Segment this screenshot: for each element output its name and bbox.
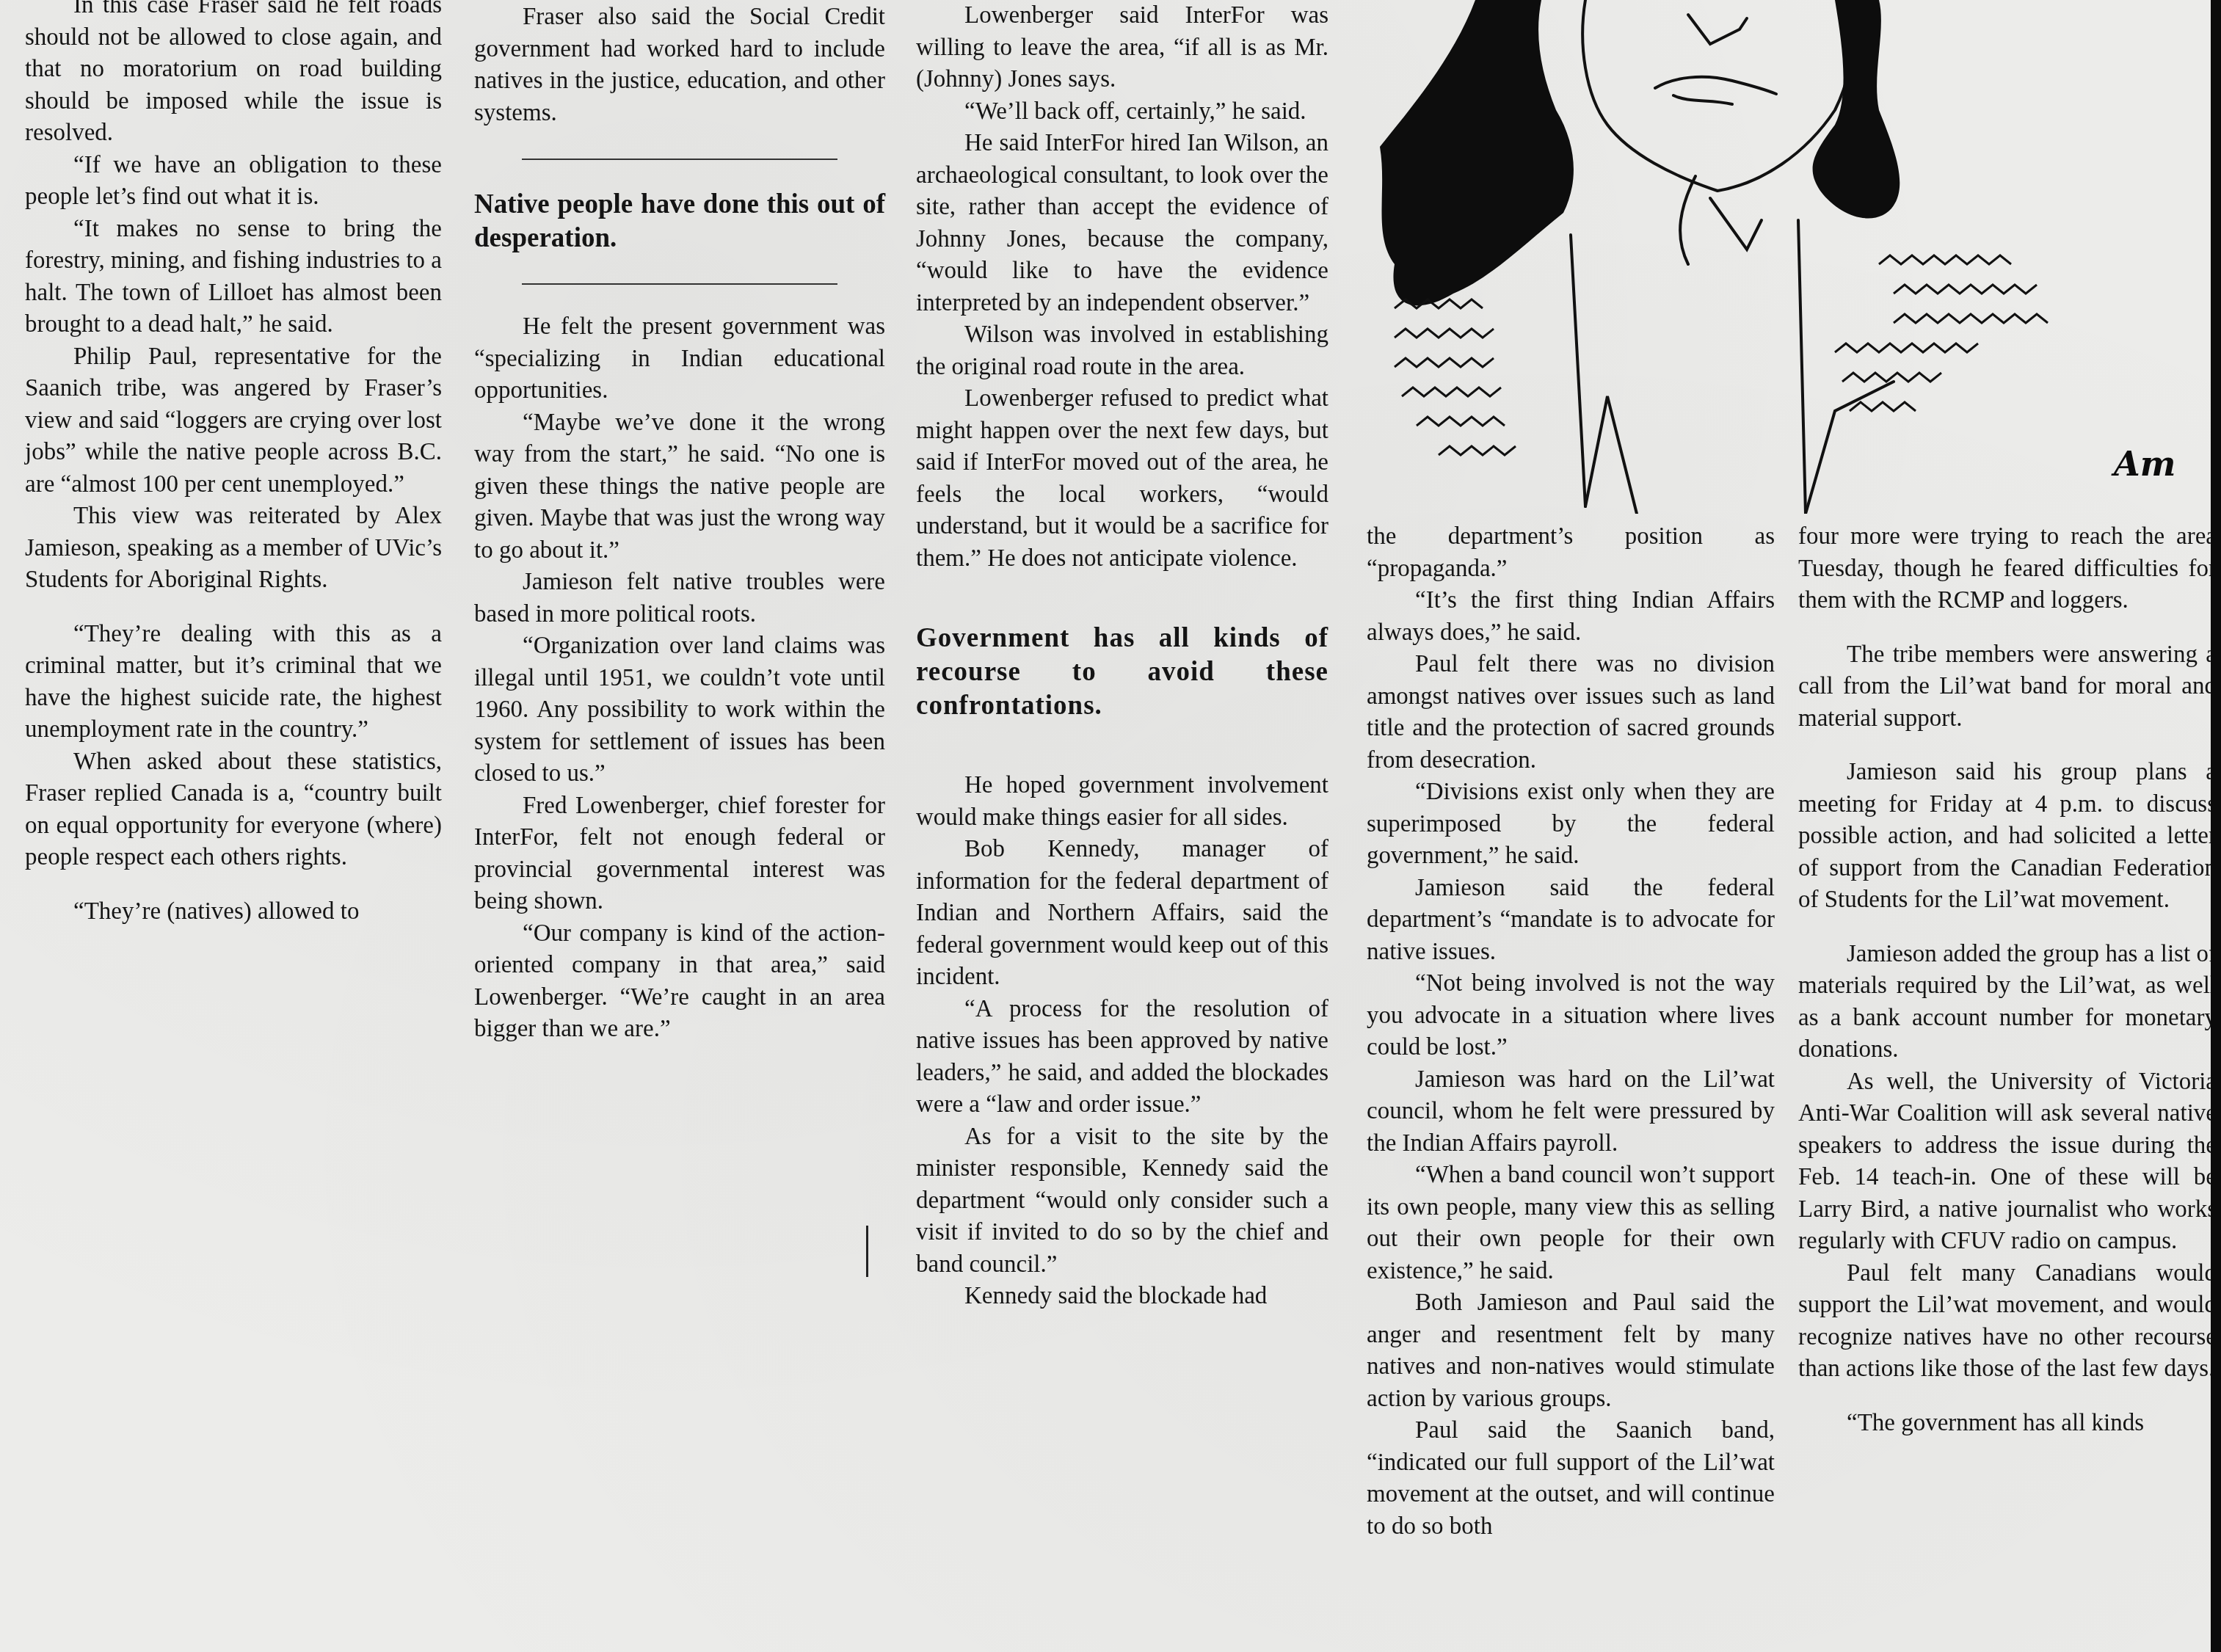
paragraph: When asked about these statistics, Frase… bbox=[25, 746, 442, 874]
paragraph: “Divisions exist only when they are supe… bbox=[1367, 776, 1775, 873]
paragraph: four more were trying to reach the area … bbox=[1798, 521, 2217, 617]
paragraph: “When a band council won’t support its o… bbox=[1367, 1160, 1775, 1287]
paragraph: Philip Paul, representative for the Saan… bbox=[25, 341, 442, 501]
paragraph: “It’s the first thing Indian Affairs alw… bbox=[1367, 585, 1775, 649]
paragraph: Fraser also said the Social Credit gover… bbox=[474, 1, 885, 129]
paragraph: The tribe members were answering a call … bbox=[1798, 639, 2217, 735]
paragraph: “They’re (natives) allowed to bbox=[25, 896, 442, 928]
print-mark bbox=[866, 1226, 868, 1277]
paragraph: “The government has all kinds bbox=[1798, 1408, 2217, 1440]
paragraph: “Our company is kind of the action-orien… bbox=[474, 918, 885, 1046]
paragraph: “Not being involved is not the way you a… bbox=[1367, 968, 1775, 1064]
paragraph: Wilson was involved in establishing the … bbox=[916, 319, 1328, 383]
paragraph: Jamieson added the group has a list of m… bbox=[1798, 939, 2217, 1066]
paragraph: Bob Kennedy, manager of information for … bbox=[916, 834, 1328, 994]
paragraph: Jamieson was hard on the Lil’wat council… bbox=[1367, 1064, 1775, 1160]
article-column-4: the department’s position as “propaganda… bbox=[1367, 521, 1775, 1543]
paragraph: “If we have an obligation to these peopl… bbox=[25, 150, 442, 214]
paragraph: Paul felt many Canadians would support t… bbox=[1798, 1258, 2217, 1386]
paragraph: He felt the present government was “spec… bbox=[474, 311, 885, 407]
paragraph: Jamieson said his group plans a meeting … bbox=[1798, 757, 2217, 917]
paragraph: Paul felt there was no division amongst … bbox=[1367, 649, 1775, 776]
paragraph: He hoped government involvement would ma… bbox=[916, 770, 1328, 834]
paragraph: Paul said the Saanich band, “indicated o… bbox=[1367, 1415, 1775, 1543]
paragraph: Jamieson felt native troubles were based… bbox=[474, 567, 885, 630]
paragraph: Fred Lowenberger, chief forester for Int… bbox=[474, 790, 885, 918]
divider-rule bbox=[522, 283, 837, 285]
paragraph: As well, the University of Victoria Anti… bbox=[1798, 1066, 2217, 1258]
article-column-3: Lowenberger said InterFor was willing to… bbox=[916, 0, 1328, 1313]
newspaper-page: In this case Fraser said he felt roads s… bbox=[0, 0, 2221, 1652]
article-column-2: Fraser also said the Social Credit gover… bbox=[474, 1, 885, 1046]
paragraph: “It makes no sense to bring the forestry… bbox=[25, 214, 442, 341]
divider-rule bbox=[522, 159, 837, 160]
paragraph: As for a visit to the site by the minist… bbox=[916, 1121, 1328, 1281]
paragraph: the department’s position as “propaganda… bbox=[1367, 521, 1775, 585]
paragraph: “They’re dealing with this as a criminal… bbox=[25, 619, 442, 746]
paragraph: This view was reiterated by Alex Jamieso… bbox=[25, 501, 442, 597]
paragraph: He said InterFor hired Ian Wilson, an ar… bbox=[916, 128, 1328, 319]
paragraph: “We’ll back off, certainly,” he said. bbox=[916, 96, 1328, 128]
paragraph: Kennedy said the blockade had bbox=[916, 1281, 1328, 1313]
paragraph: In this case Fraser said he felt roads s… bbox=[25, 0, 442, 150]
article-column-5: four more were trying to reach the area … bbox=[1798, 521, 2217, 1439]
paragraph: “Maybe we’ve done it the wrong way from … bbox=[474, 407, 885, 567]
illustrator-signature: Am bbox=[2114, 444, 2175, 484]
paragraph: Both Jamieson and Paul said the anger an… bbox=[1367, 1287, 1775, 1415]
paragraph: Lowenberger refused to predict what migh… bbox=[916, 383, 1328, 575]
paragraph: Lowenberger said InterFor was willing to… bbox=[916, 0, 1328, 96]
paragraph: “Organization over land claims was illeg… bbox=[474, 630, 885, 790]
subhead: Government has all kinds of recourse to … bbox=[916, 622, 1328, 723]
subhead: Native people have done this out of desp… bbox=[474, 188, 885, 255]
page-edge-shadow bbox=[2211, 0, 2221, 1652]
paragraph: “A process for the resolution of native … bbox=[916, 994, 1328, 1121]
article-column-1: In this case Fraser said he felt roads s… bbox=[25, 0, 442, 928]
paragraph: Jamieson said the federal department’s “… bbox=[1367, 873, 1775, 969]
portrait-illustration bbox=[1365, 0, 2202, 514]
